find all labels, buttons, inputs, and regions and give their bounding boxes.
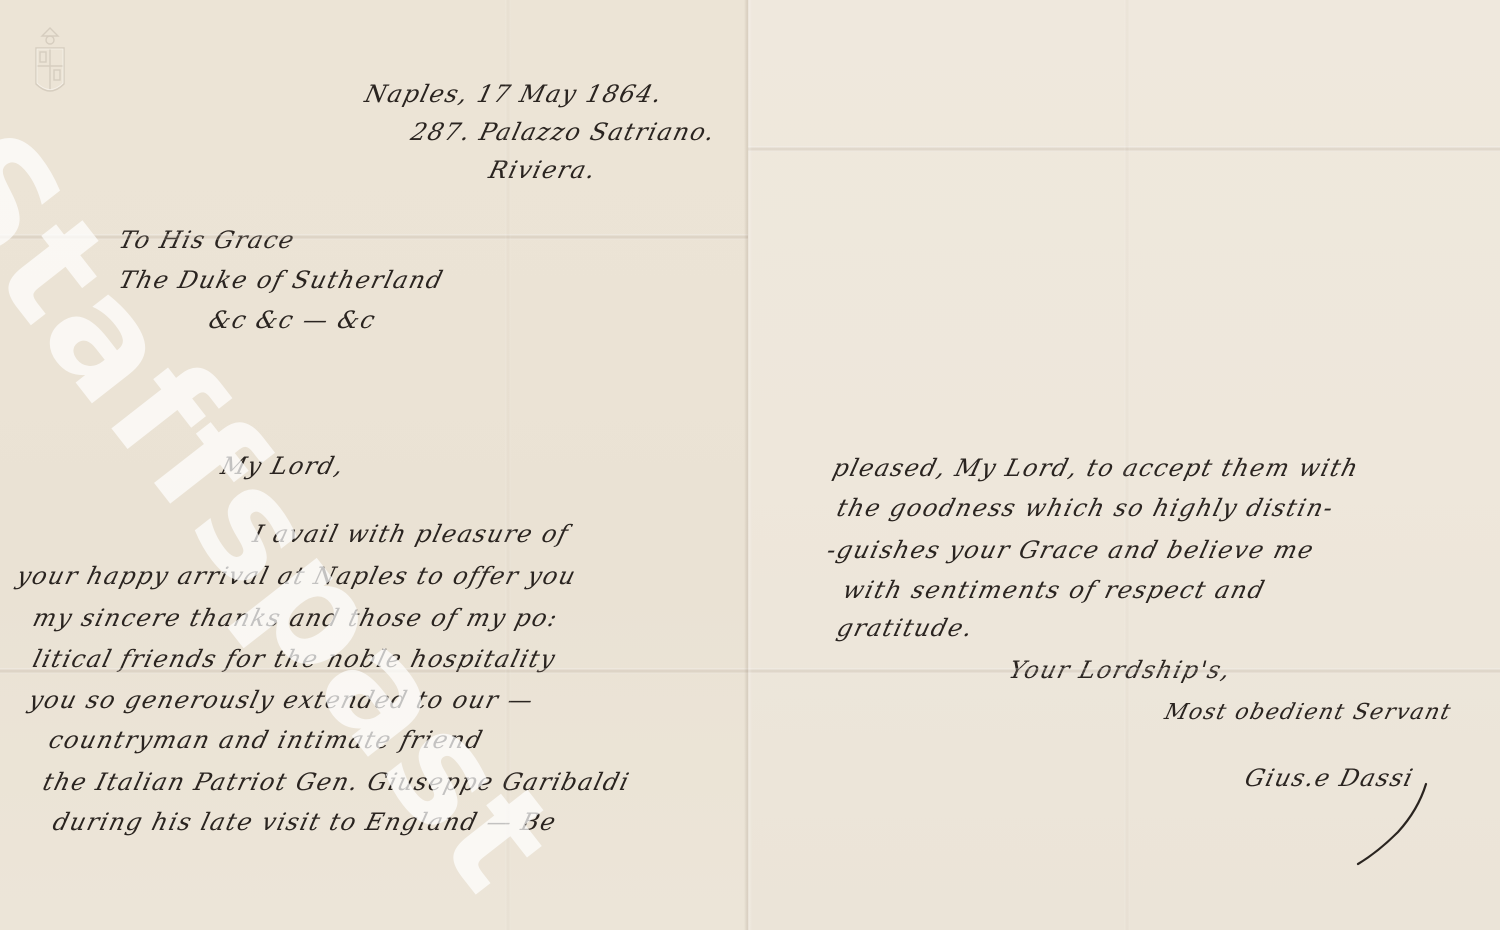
address-line: 287. Palazzo Satriano.	[408, 118, 719, 146]
body-line: with sentiments of respect and	[840, 576, 1269, 604]
recipient-line-3: &c &c — &c	[206, 306, 379, 334]
recipient-line-1: To His Grace	[116, 226, 298, 254]
fold-crease	[0, 234, 748, 240]
body-line: my sincere thanks and those of my po:	[30, 604, 561, 632]
date-line: Naples, 17 May 1864.	[362, 80, 666, 108]
signature: Gius.e Dassi	[1242, 764, 1417, 792]
letter-page-right: pleased, My Lord, to accept them with th…	[748, 0, 1500, 930]
watermark: Staffspast	[0, 100, 590, 924]
fold-crease	[0, 668, 748, 674]
fold-crease	[1124, 0, 1130, 930]
body-line: gratitude.	[834, 614, 977, 642]
body-line: your happy arrival at Naples to offer yo…	[14, 562, 580, 590]
address-area: Riviera.	[486, 156, 600, 184]
salutation: My Lord,	[218, 452, 348, 480]
body-line: countryman and intimate friend	[46, 726, 486, 754]
body-line: during his late visit to England — Be	[50, 808, 560, 836]
embossed-crest-icon	[30, 26, 70, 100]
closing-line-2: Most obedient Servant	[1162, 700, 1454, 725]
body-line: you so generously extended to our —	[26, 686, 537, 714]
body-line: -guishes your Grace and believe me	[824, 536, 1318, 564]
body-line: the Italian Patriot Gen. Giuseppe Gariba…	[40, 768, 633, 796]
body-line: the goodness which so highly distin-	[834, 494, 1337, 522]
signature-flourish	[1348, 780, 1438, 870]
letter-page-left: Naples, 17 May 1864. 287. Palazzo Satria…	[0, 0, 748, 930]
body-line: I avail with pleasure of	[250, 520, 572, 548]
recipient-line-2: The Duke of Sutherland	[116, 266, 447, 294]
fold-crease	[505, 0, 511, 930]
body-line: pleased, My Lord, to accept them with	[830, 454, 1362, 482]
page-gutter	[744, 0, 752, 930]
